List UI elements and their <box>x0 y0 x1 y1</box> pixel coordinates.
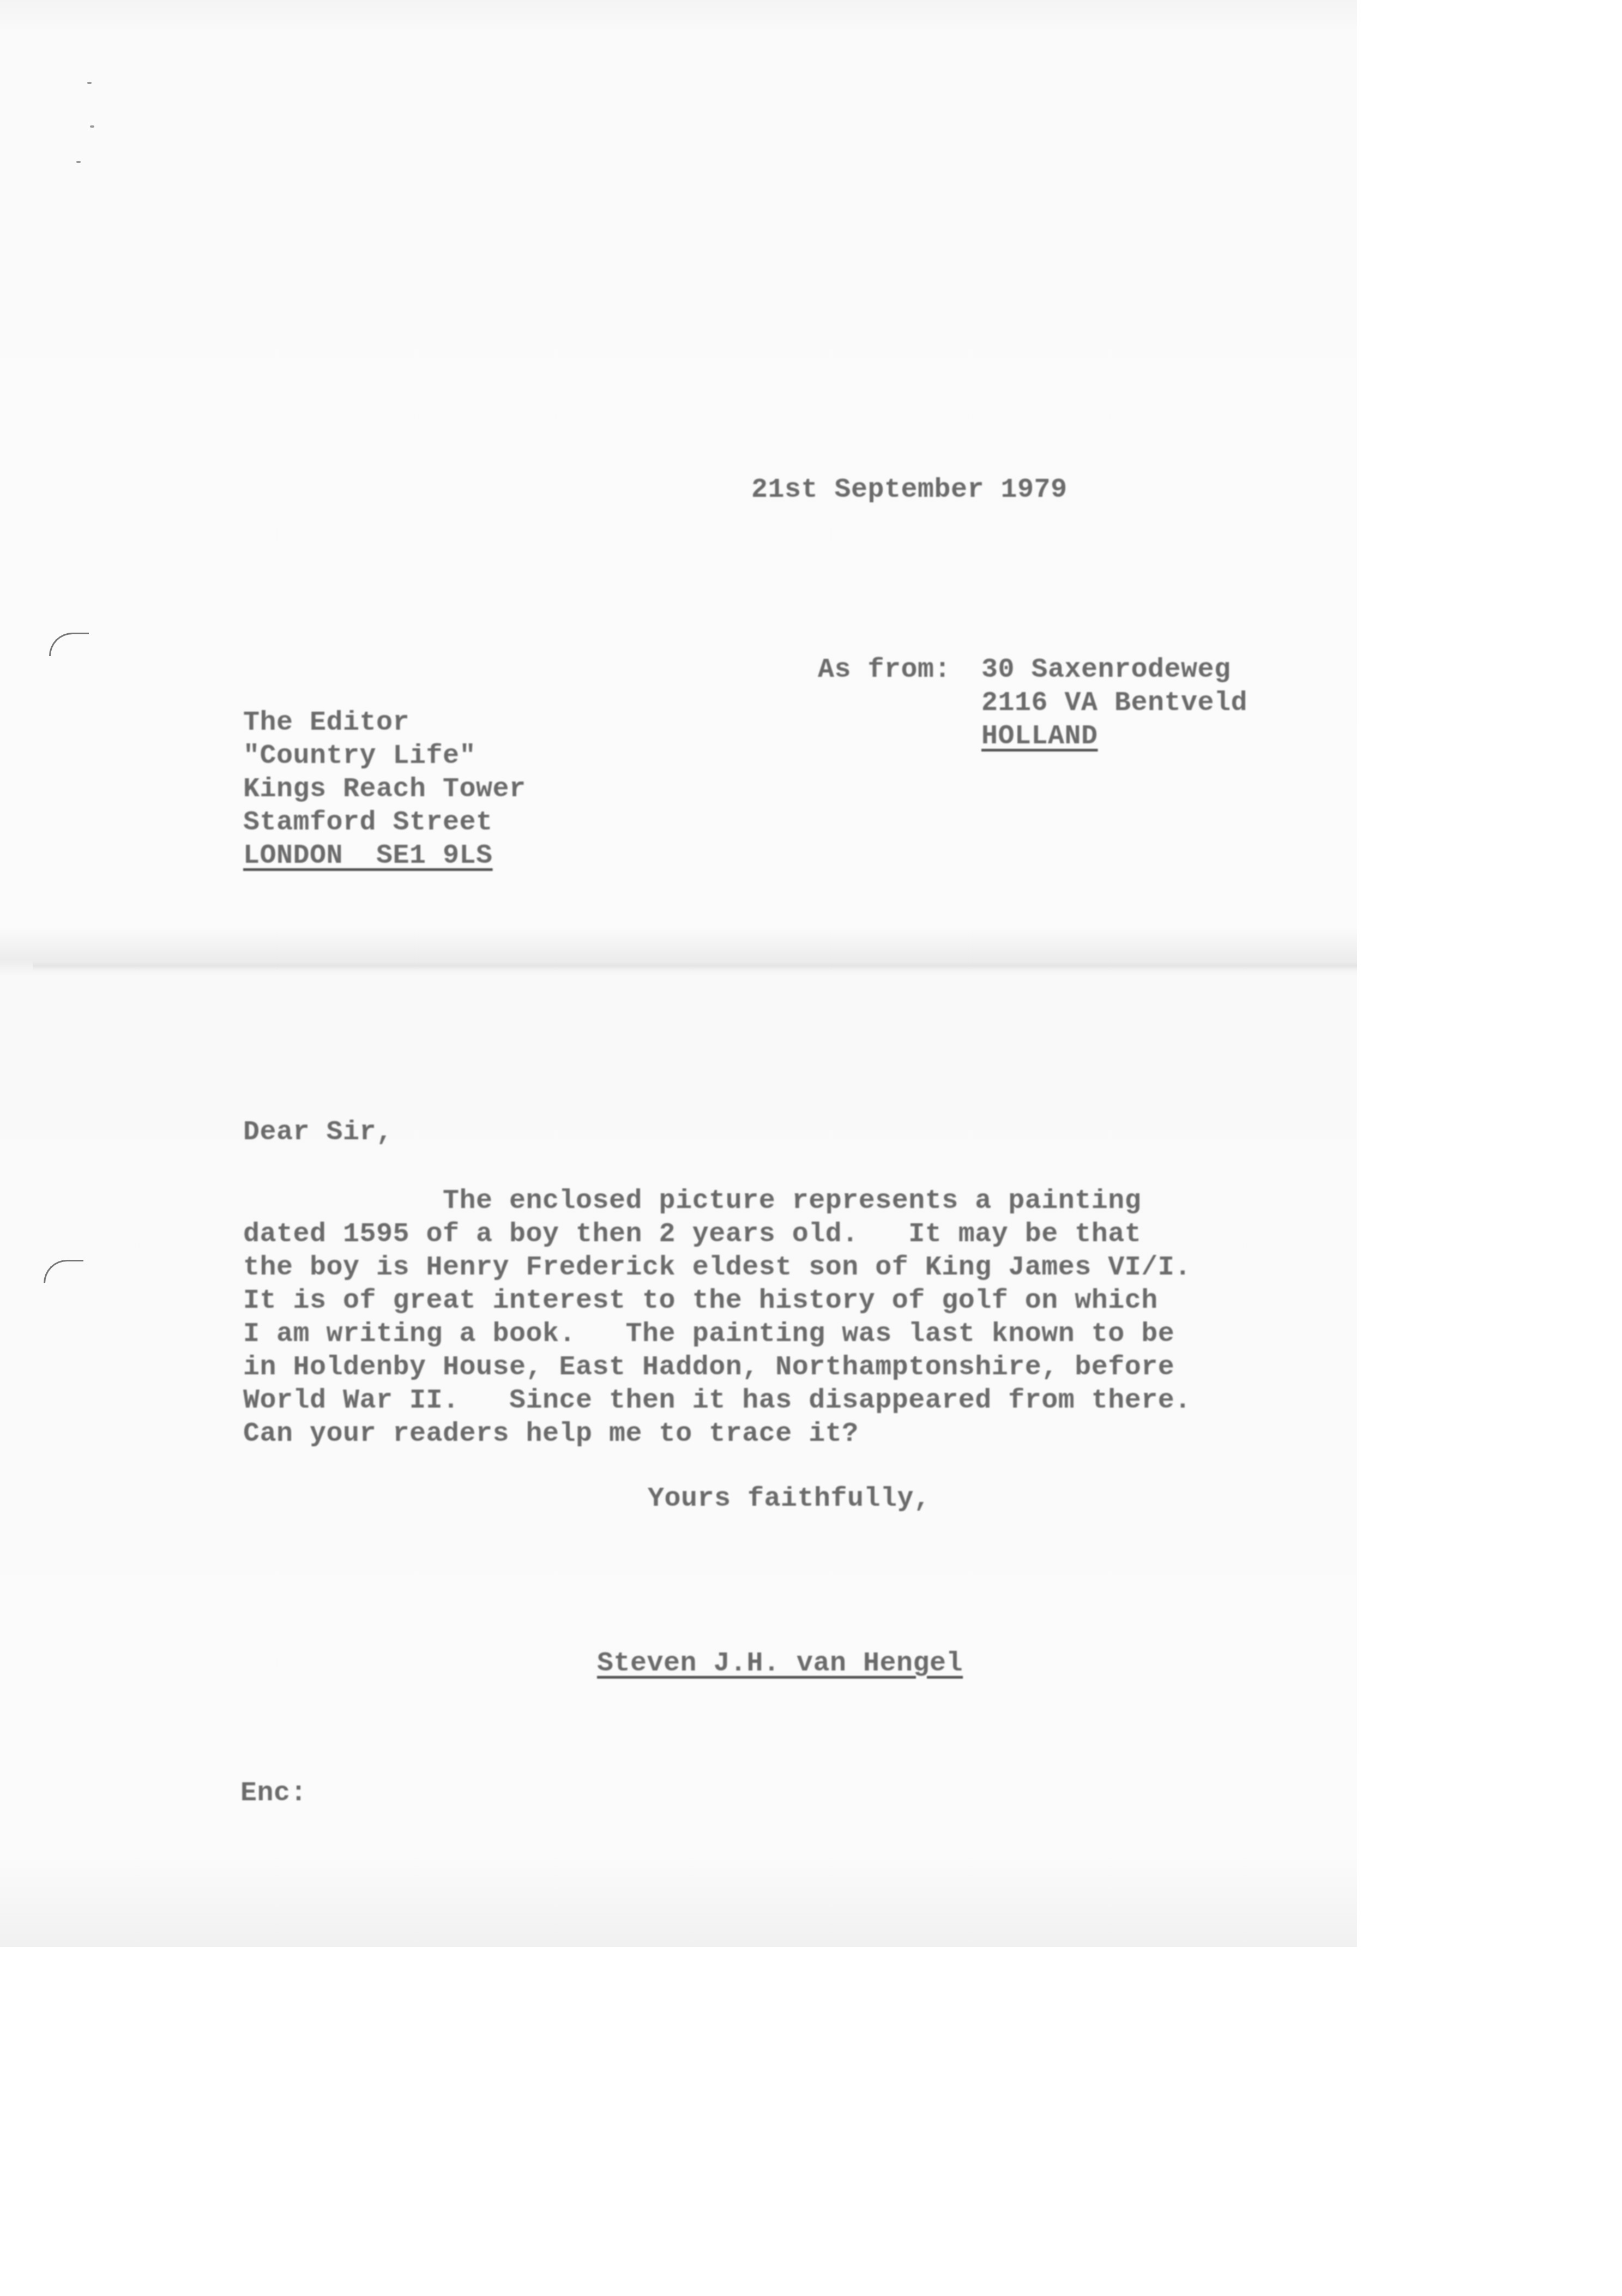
recipient-city-postcode: LONDON SE1 9LS <box>243 839 493 873</box>
paper-fold <box>33 961 1357 971</box>
punch-hole-mark <box>44 1260 83 1283</box>
signature-name: Steven J.H. van Hengel <box>597 1647 963 1680</box>
body-line: The enclosed picture represents a painti… <box>243 1185 1141 1218</box>
recipient-address-line: Stamford Street <box>243 806 493 839</box>
body-line: the boy is Henry Frederick eldest son of… <box>243 1251 1191 1284</box>
recipient-address-line: The Editor <box>243 706 409 740</box>
body-line: It is of great interest to the history o… <box>243 1284 1158 1318</box>
speck <box>76 161 81 163</box>
body-line: I am writing a book. The painting was la… <box>243 1318 1174 1351</box>
salutation: Dear Sir, <box>243 1116 393 1149</box>
letter-date: 21st September 1979 <box>751 473 1068 507</box>
recipient-address-line: Kings Reach Tower <box>243 773 526 806</box>
closing: Yours faithfully, <box>648 1482 931 1516</box>
enclosure-note: Enc: <box>240 1777 307 1810</box>
letter-page: 21st September 1979 As from: 30 Saxenrod… <box>0 0 1357 1947</box>
sender-prefix: As from: <box>818 653 951 687</box>
speck <box>90 125 94 128</box>
recipient-address-line: "Country Life" <box>243 740 476 773</box>
body-line: Can your readers help me to trace it? <box>243 1417 859 1451</box>
speck <box>87 82 92 84</box>
body-line: dated 1595 of a boy then 2 years old. It… <box>243 1218 1141 1251</box>
body-line: World War II. Since then it has disappea… <box>243 1384 1191 1417</box>
sender-address-line: 30 Saxenrodeweg <box>981 653 1231 687</box>
body-line: in Holdenby House, East Haddon, Northamp… <box>243 1351 1174 1384</box>
sender-country: HOLLAND <box>981 720 1098 753</box>
punch-hole-mark <box>49 633 89 656</box>
sender-address-line: 2116 VA Bentveld <box>981 687 1247 720</box>
